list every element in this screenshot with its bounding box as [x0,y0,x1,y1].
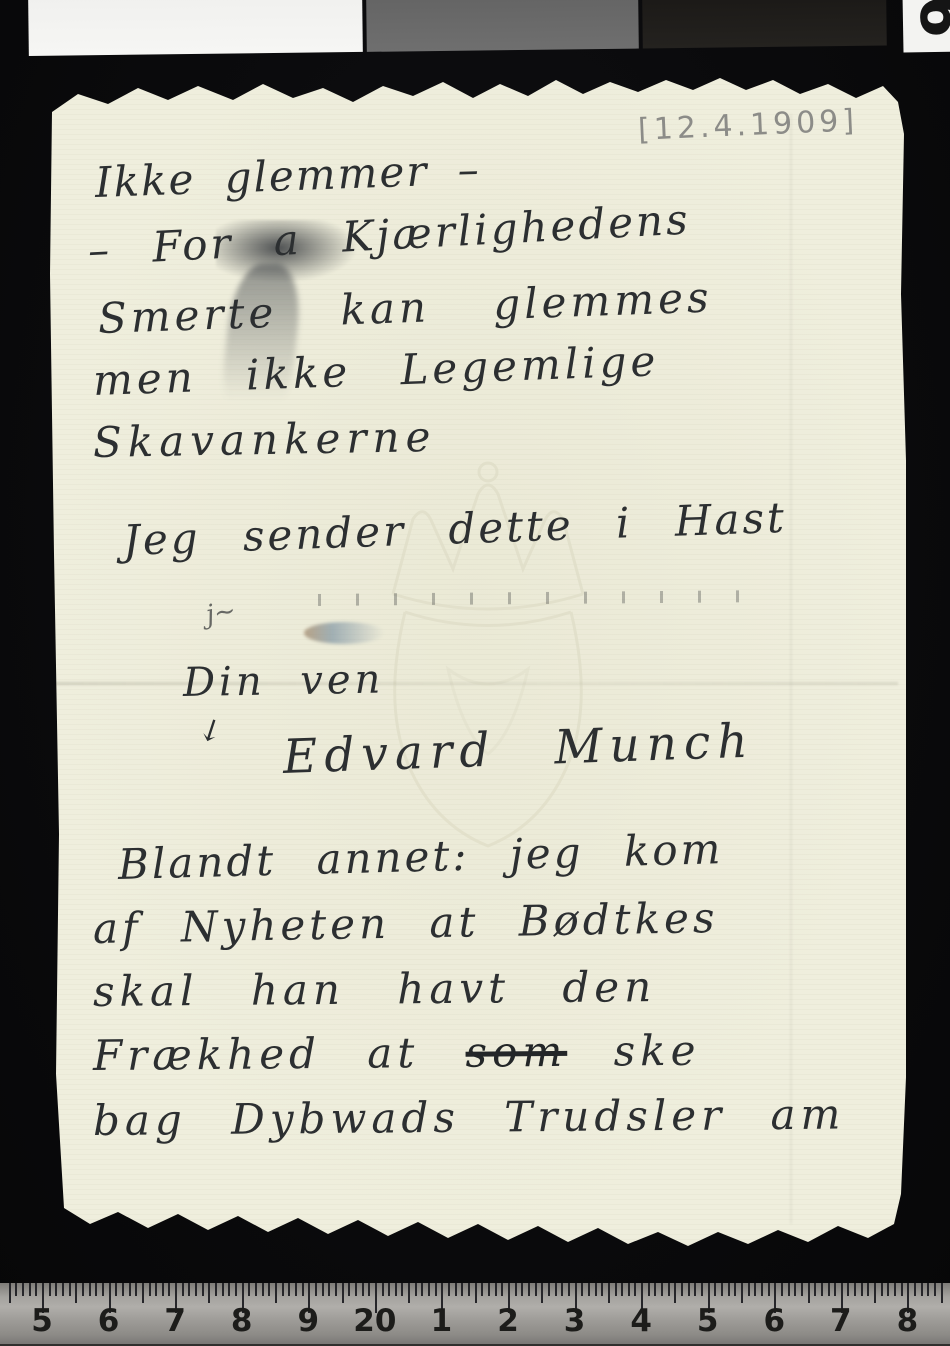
scan-bed: 6 [12.4.1909] j~ Ikke glemmer – – For a … [0,0,950,1346]
ruler-tick [455,1283,457,1296]
ruler-number: 2 [497,1303,519,1339]
ruler-tick [854,1283,856,1296]
ruler-tick [342,1283,344,1303]
ruler-tick [921,1283,923,1296]
calibration-corner-card: 6 [902,0,950,53]
ruler-tick [49,1283,51,1296]
ruler-tick [595,1283,597,1296]
handwriting-line-10: af Nyheten at Bødtkes [93,893,719,953]
ruler-number: 9 [297,1303,319,1339]
ruler-number: 6 [763,1303,785,1339]
ruler-tick [887,1283,889,1296]
ruler-tick [222,1283,224,1296]
ruler-tick [268,1283,270,1296]
ruler-tick [415,1283,417,1296]
ruler-tick [15,1283,17,1296]
ruler-tick [149,1283,151,1296]
ruler-tick [588,1283,590,1296]
handwriting-line-12: Frækhed at som ske [93,1026,701,1080]
ruler-tick [674,1283,676,1303]
ruler-tick [322,1283,324,1296]
ghost-squiggle: j~ [204,596,239,631]
date-annotation: [12.4.1909] [637,103,858,148]
ruler-number: 8 [231,1303,253,1339]
ruler-tick [262,1283,264,1296]
ruler-tick [555,1283,557,1296]
ruler-tick [22,1283,24,1296]
handwriting-line-13: bag Dybwads Trudsler am [93,1089,846,1145]
ruler-tick [188,1283,190,1296]
ruler-tick [135,1283,137,1296]
ruler-tick [202,1283,204,1296]
ruler-tick [894,1283,896,1296]
ruler-number: 8 [897,1303,919,1339]
ruler-tick [102,1283,104,1296]
ruler-tick [568,1283,570,1296]
ruler-tick [828,1283,830,1296]
ruler-tick [847,1283,849,1296]
ruler-tick [95,1283,97,1296]
ruler-tick [754,1283,756,1296]
blue-smudge [304,622,384,644]
ruler-tick [82,1283,84,1296]
ruler-tick [654,1283,656,1296]
calibration-patch-gray [366,0,639,52]
ruler-tick [122,1283,124,1296]
ruler-tick [634,1283,636,1296]
ruler-tick [814,1283,816,1296]
ruler-tick [768,1283,770,1296]
ruler-tick [801,1283,803,1296]
ruler-tick [621,1283,623,1296]
ruler-tick [648,1283,650,1296]
ruler: 567892012345678 [0,1283,950,1346]
ruler-tick [528,1283,530,1296]
ruler-number: 4 [630,1303,652,1339]
ruler-tick [282,1283,284,1296]
ruler-tick [388,1283,390,1296]
handwriting-line-4: men ikke Legemlige [92,336,660,405]
ruler-tick [182,1283,184,1296]
ruler-tick [734,1283,736,1296]
ruler-tick [628,1283,630,1296]
ruler-tick [867,1283,869,1296]
ruler-tick [302,1283,304,1296]
ruler-tick [435,1283,437,1296]
ruler-tick [914,1283,916,1296]
ruler-number: 5 [697,1303,719,1339]
ruler-tick [821,1283,823,1296]
ruler-tick [668,1283,670,1296]
ruler-tick [315,1283,317,1296]
ruler-tick [401,1283,403,1296]
ruler-tick [29,1283,31,1296]
letter-paper: [12.4.1909] j~ Ikke glemmer – – For a Kj… [38,74,906,1260]
handwriting-line-11: skal han havt den [93,962,657,1016]
handwriting-line-3: Smerte kan glemmes [97,273,713,343]
ruler-tick [129,1283,131,1296]
ruler-tick [561,1283,563,1296]
ruler-tick [162,1283,164,1296]
ruler-tick [861,1283,863,1296]
ruler-tick [115,1283,117,1296]
ruler-tick [781,1283,783,1296]
ruler-tick [348,1283,350,1296]
ruler-tick [288,1283,290,1296]
ruler-tick [615,1283,617,1296]
line-12-pre: Frækhed at [93,1028,466,1080]
ruler-tick [681,1283,683,1296]
ruler-tick [721,1283,723,1296]
ruler-tick [328,1283,330,1296]
ruler-tick [228,1283,230,1296]
ruler-tick [468,1283,470,1296]
ruler-tick [89,1283,91,1296]
ruler-number: 3 [564,1303,586,1339]
ruler-tick [155,1283,157,1296]
ruler-tick [395,1283,397,1296]
ruler-tick [62,1283,64,1296]
handwriting-line-7: Din ven [183,656,385,706]
ruler-tick [748,1283,750,1296]
ruler-tick [521,1283,523,1296]
handwriting-line-2: – For a Kjærlighedens [87,194,692,275]
fold-crease-vertical [790,114,792,1224]
corner-label: 6 [906,0,950,39]
ruler-tick [608,1283,610,1303]
ruler-tick [515,1283,517,1296]
ruler-tick [794,1283,796,1296]
handwriting-line-9: Blandt annet: jeg kom [117,824,724,889]
insertion-mark: ↓ [193,711,228,752]
ruler-number: 5 [31,1303,53,1339]
line-12-post: ske [567,1026,701,1076]
ruler-tick [941,1283,943,1303]
ruler-tick [901,1283,903,1296]
ruler-tick [728,1283,730,1296]
ruler-tick [69,1283,71,1296]
ruler-tick [694,1283,696,1296]
ruler-tick [408,1283,410,1303]
ruler-tick [475,1283,477,1303]
strikethrough-word: som [465,1027,567,1077]
ruler-tick [701,1283,703,1296]
ruler-tick [761,1283,763,1296]
ghost-offset-marks [318,590,768,606]
handwriting-line-1: Ikke glemmer – [94,145,481,207]
handwriting-line-5: Skavankerne [93,412,437,467]
ruler-tick [355,1283,357,1296]
ruler-number: 20 [353,1303,396,1339]
ruler-tick [421,1283,423,1296]
calibration-strip [28,0,887,56]
ruler-number: 7 [164,1303,186,1339]
ruler-tick [714,1283,716,1296]
ruler-tick [461,1283,463,1296]
ruler-tick [35,1283,37,1296]
ruler-tick [661,1283,663,1296]
ruler-tick [741,1283,743,1303]
ruler-tick [535,1283,537,1296]
ruler-tick [488,1283,490,1296]
ruler-tick [368,1283,370,1296]
ruler-tick [548,1283,550,1296]
ruler-tick [215,1283,217,1296]
ruler-tick [601,1283,603,1296]
ruler-tick [481,1283,483,1296]
ruler-tick [927,1283,929,1296]
ruler-tick [881,1283,883,1296]
ruler-number: 7 [830,1303,852,1339]
ruler-tick [9,1283,11,1303]
calibration-patch-white [28,0,363,56]
ruler-tick [168,1283,170,1296]
ruler-tick [808,1283,810,1303]
ruler-tick [834,1283,836,1296]
ruler-tick [208,1283,210,1303]
ruler-tick [428,1283,430,1296]
ruler-tick [255,1283,257,1296]
ruler-tick [688,1283,690,1296]
ruler-tick [934,1283,936,1296]
ruler-tick [55,1283,57,1296]
ruler-tick [75,1283,77,1303]
calibration-patch-black [642,0,887,48]
ruler-tick [495,1283,497,1296]
ruler-tick [295,1283,297,1296]
ruler-tick [501,1283,503,1296]
ruler-tick [362,1283,364,1296]
ruler-tick [235,1283,237,1296]
ruler-tick [448,1283,450,1296]
ruler-tick [788,1283,790,1296]
ruler-number: 1 [431,1303,453,1339]
ruler-tick [142,1283,144,1303]
ruler-number: 6 [98,1303,120,1339]
ruler-tick [581,1283,583,1296]
fold-crease-horizontal [48,682,898,685]
ruler-tick [195,1283,197,1296]
ruler-tick [382,1283,384,1296]
ruler-tick [541,1283,543,1303]
ruler-tick [248,1283,250,1296]
ruler-tick [874,1283,876,1303]
ruler-tick [335,1283,337,1296]
ruler-tick [275,1283,277,1303]
